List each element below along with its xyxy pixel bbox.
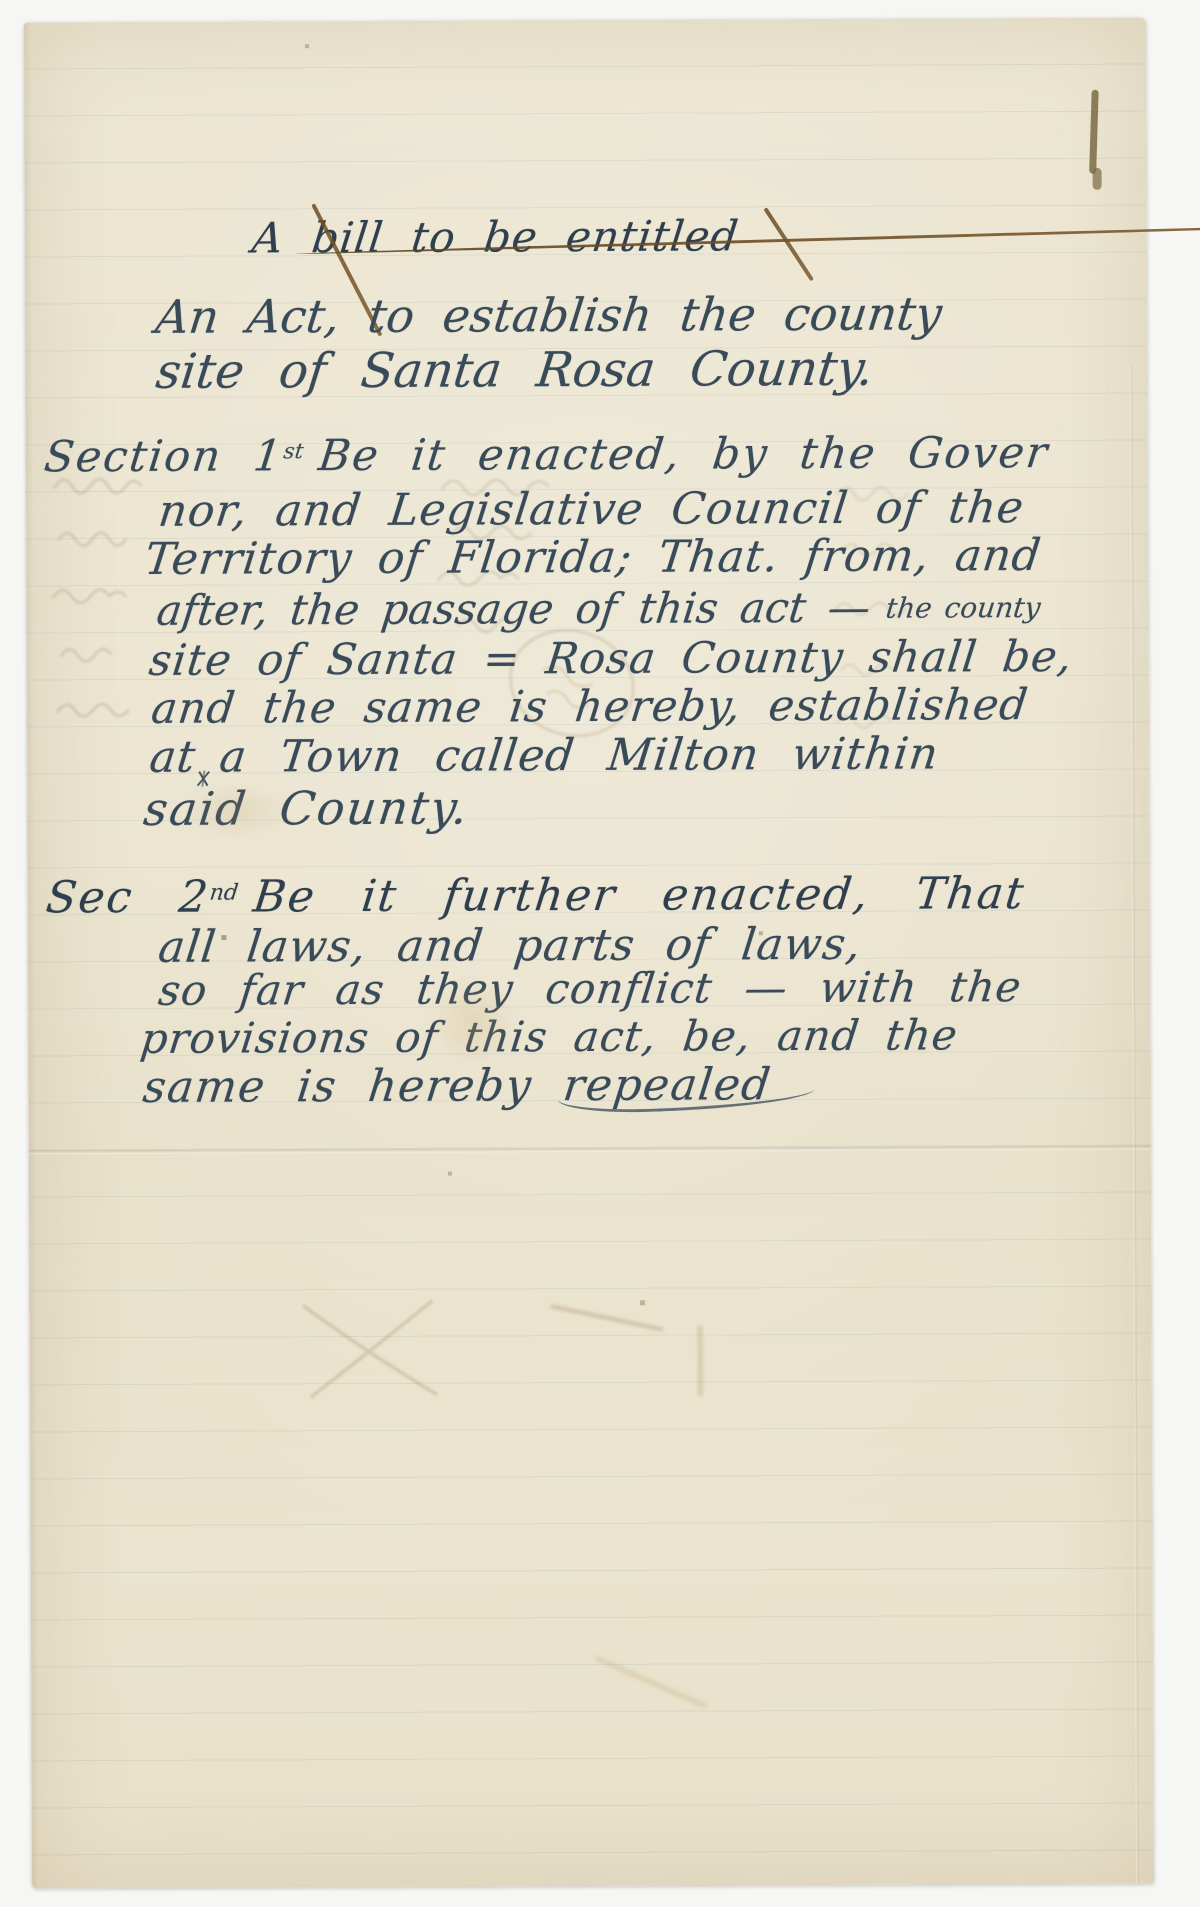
section2-line-4: provisions of this act, be, and the: [138, 1014, 960, 1060]
ink-blob-top-right: [1093, 168, 1102, 190]
section1-line-6: and the same is hereby, established: [149, 684, 1031, 731]
scanned-document-stage: A bill to be entitled An Act, to establi…: [0, 0, 1200, 1907]
section1-line-1: Section 1stBe it enacted, by the Gover: [42, 432, 1051, 479]
pencil-cross-mark: [284, 1291, 455, 1412]
ink-stroke-mark-top-right: [1089, 90, 1099, 174]
struck-text: A bill to be entitled: [250, 211, 742, 262]
section1-line-5: site of Santa = Rosa County shall be,: [147, 636, 1075, 683]
title-line-3: site of Santa Rosa County.: [154, 345, 876, 396]
section1-line-3: Territory of Florida; That. from, and: [142, 534, 1043, 582]
section2-line-1: Sec 2ndBe it further enacted, That: [44, 872, 1028, 920]
stain-blotch-2: [177, 781, 297, 842]
title-line-struck: A bill to be entitled: [250, 213, 1200, 260]
section2-label: Sec 2: [43, 872, 212, 924]
section1-line-4-small-tail: the county: [884, 591, 1042, 625]
horizontal-fold-crease: [29, 1146, 1151, 1155]
title-line-2: An Act, to establish the county: [153, 290, 944, 339]
section2-line-3: so far as they conflict — with the: [156, 966, 1024, 1012]
stain-blotch-1: [428, 975, 518, 1070]
section2-line-5: same is hereby repealed: [141, 1063, 774, 1110]
section1-line-2: nor, and Legislative Council of the: [156, 486, 1026, 534]
section2-ordinal-suffix: nd: [208, 880, 239, 905]
section1-line-4-main: after, the passage of this act —: [154, 583, 873, 635]
section1-line-7: ata Town called Milton within: [147, 732, 941, 779]
section1-line-7-at: at: [147, 732, 199, 783]
paper-specks: [24, 22, 26, 24]
section1-ordinal-suffix: st: [282, 439, 305, 464]
section1-line-4: after, the passage of this act —the coun…: [155, 586, 1043, 632]
section1-enacting-clause: Be it enacted, by the Gover: [316, 428, 1052, 481]
stain-streak-vertical: [698, 1326, 703, 1396]
manuscript-paper-sheet: A bill to be entitled An Act, to establi…: [24, 18, 1154, 1889]
vertical-fold-crease: [1129, 366, 1139, 1884]
section2-enacting-clause: Be it further enacted, That: [251, 868, 1029, 922]
stain-streak-bottom: [595, 1656, 707, 1709]
stain-streak-diagonal: [550, 1304, 663, 1331]
bleedthrough-marks-left: [48, 470, 159, 740]
section1-label: Section 1: [42, 431, 287, 482]
section1-line-7-rest: a Town called Milton within: [217, 728, 942, 782]
repealed-word-flourished: repealed: [560, 1059, 774, 1111]
